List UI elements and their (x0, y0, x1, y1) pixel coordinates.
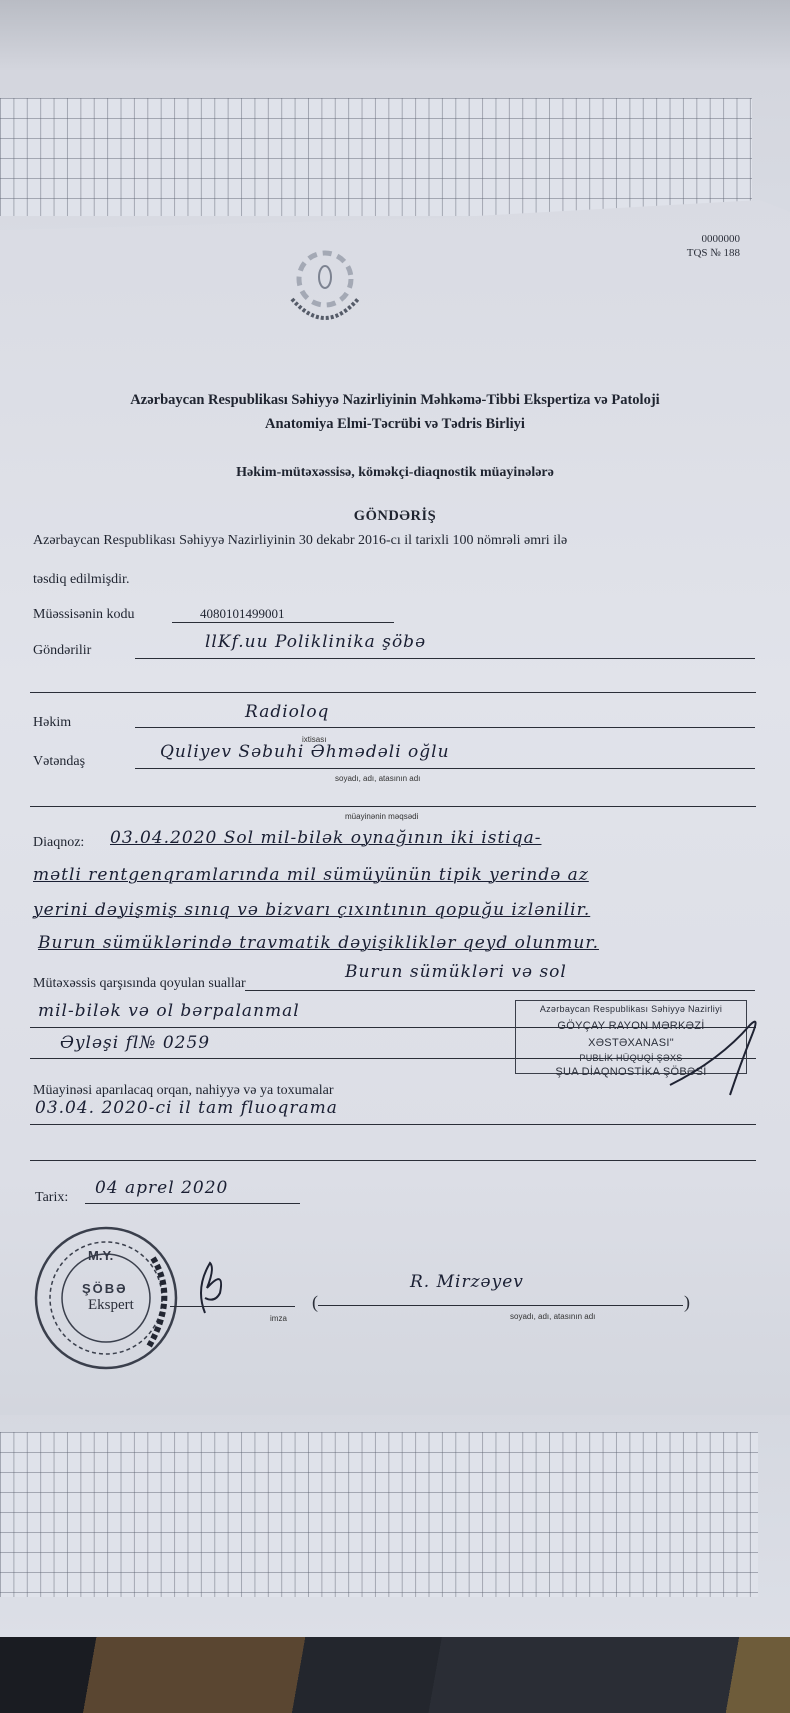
sent-to-extra-line (30, 692, 756, 693)
header-line-1: Azərbaycan Respublikası Səhiyyə Nazirliy… (0, 392, 790, 409)
questions-line-2[interactable]: mil-bilək və ol bərpalanmal (38, 1001, 300, 1021)
serial-number: 0000000 (687, 232, 740, 246)
citizen-underline (135, 768, 755, 769)
citizen-caption: soyadı, adı, atasının adı (335, 774, 420, 783)
round-stamp-top-text: M.Y. (88, 1248, 113, 1263)
organs-extra-line (30, 1160, 756, 1161)
expert-name-value[interactable]: R. Mirzəyev (410, 1272, 524, 1292)
signature-caption: imza (270, 1314, 287, 1323)
intro-line-2: təsdiq edilmişdir. (33, 572, 129, 588)
signature-underline (170, 1306, 295, 1307)
header-line-2: Anatomiya Elmi-Təcrübi və Tədris Birliyi (0, 416, 790, 433)
background-floor (0, 1637, 790, 1713)
form-number: TQS № 188 (687, 246, 740, 260)
questions-underline-1 (245, 990, 755, 991)
questions-line-3[interactable]: Əyləşi fl№ 0259 (60, 1033, 210, 1053)
diagnosis-line-4[interactable]: Burun sümüklərində travmatik dəyişiklikl… (38, 933, 599, 953)
background-grid-top (0, 98, 752, 216)
date-value[interactable]: 04 aprel 2020 (95, 1178, 228, 1198)
stamp-signature-icon (660, 1005, 770, 1105)
name-caption: soyadı, adı, atasının adı (510, 1312, 595, 1321)
questions-line-1[interactable]: Burun sümükləri və sol (345, 962, 567, 982)
organs-underline (30, 1124, 756, 1125)
doctor-label: Həkim (33, 715, 71, 731)
citizen-label: Vətəndaş (33, 754, 85, 770)
intro-line-1: Azərbaycan Respublikası Səhiyyə Nazirliy… (33, 533, 567, 549)
form-title: GÖNDƏRİŞ (0, 508, 790, 525)
questions-label: Mütəxəssis qarşısında qoyulan suallar (33, 976, 246, 992)
diagnosis-line-1[interactable]: 03.04.2020 Sol mil-bilək oynağının iki i… (110, 828, 541, 848)
expert-signature-icon (185, 1258, 235, 1318)
diagnosis-line-2[interactable]: mətli rentgenqramlarında mil sümüyünün t… (33, 865, 589, 885)
institution-code-value[interactable]: 4080101499001 (200, 606, 285, 622)
date-label: Tarix: (35, 1190, 68, 1206)
sent-to-underline (135, 658, 755, 659)
institution-code-underline (172, 622, 394, 623)
institution-code-label: Müəssisənin kodu (33, 607, 135, 623)
sent-to-label: Göndərilir (33, 643, 91, 659)
name-underline (318, 1305, 683, 1306)
background-grid-bottom (0, 1432, 758, 1597)
citizen-name-value[interactable]: Quliyev Səbuhi Əhmədəli oğlu (160, 742, 450, 762)
state-emblem-icon (280, 237, 370, 337)
form-subtitle: Həkim-mütəxəssisə, köməkçi-diaqnostik mü… (0, 465, 790, 481)
sent-to-value[interactable]: llKf.uu Poliklinika şöbə (205, 632, 426, 652)
diagnosis-caption: müayinənin məqsədi (345, 812, 418, 821)
organs-value[interactable]: 03.04. 2020-ci il tam fluoqrama (35, 1098, 338, 1118)
form-number-block: 0000000 TQS № 188 (687, 232, 740, 260)
organs-label: Müayinəsi aparılacaq orqan, nahiyyə və y… (33, 1083, 334, 1099)
diagnosis-line-3[interactable]: yerini dəyişmiş sınıq və bizvarı çıxıntı… (33, 900, 590, 920)
round-stamp-middle-text: ŞÖBƏ (82, 1281, 128, 1296)
name-open-paren: ( (312, 1292, 318, 1313)
diagnosis-label: Diaqnoz: (33, 835, 84, 851)
name-close-paren: ) (684, 1292, 690, 1313)
expert-label: Ekspert (88, 1297, 134, 1314)
citizen-extra-line (30, 806, 756, 807)
doctor-specialty-value[interactable]: Radioloq (245, 702, 329, 722)
doctor-underline (135, 727, 755, 728)
date-underline (85, 1203, 300, 1204)
